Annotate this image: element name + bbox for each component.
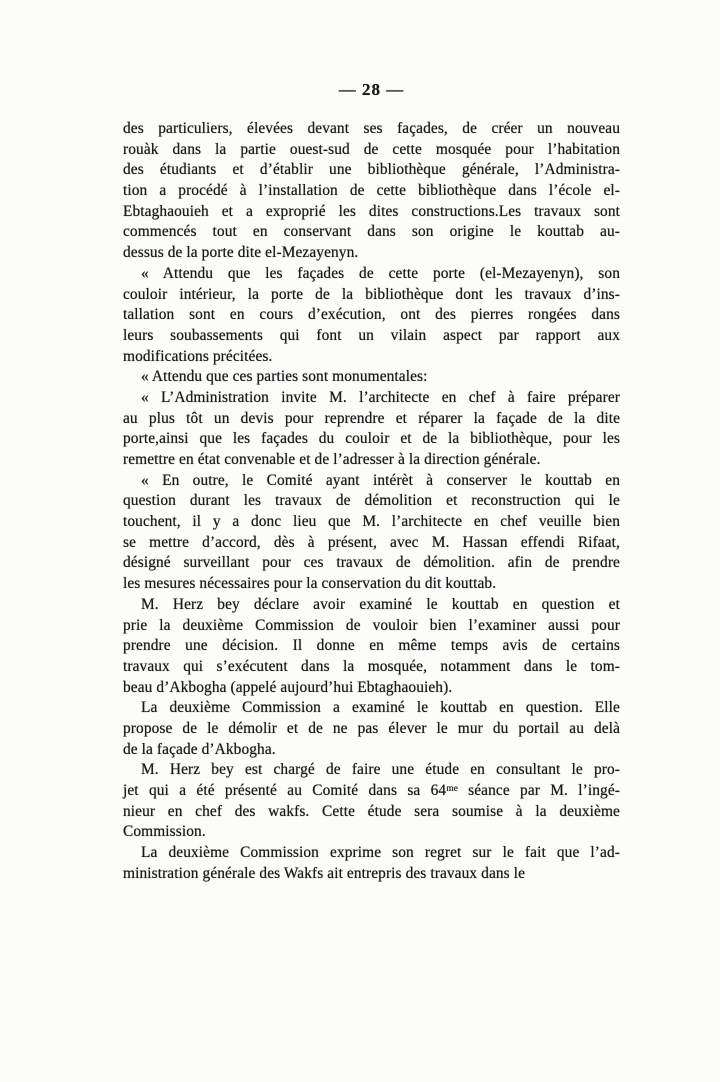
text-line: question durant les travaux de démolitio… (123, 491, 620, 512)
text-line: propose de le démolir et de ne pas éleve… (123, 719, 620, 740)
text-line: des étudiants et d’établir une bibliothè… (123, 160, 620, 181)
text-line: se mettre d’accord, dès à présent, avec … (123, 533, 620, 554)
text-line: commencés tout en conservant dans son or… (123, 222, 620, 243)
paragraph: « Attendu que les façades de cette porte… (123, 264, 620, 367)
paragraph: « En outre, le Comité ayant intérèt à co… (123, 471, 620, 595)
page-text: des particuliers, élevées devant ses faç… (123, 119, 620, 884)
text-line: modifications précitées. (123, 347, 620, 368)
text-line: remettre en état convenable et de l’adre… (123, 450, 620, 471)
text-line: au plus tôt un devis pour reprendre et r… (123, 409, 620, 430)
text-line: rouàk dans la partie ouest-sud de cette … (123, 140, 620, 161)
text-line: tion a procédé à l’installation de cette… (123, 181, 620, 202)
text-line: prie la deuxième Commission de vouloir b… (123, 616, 620, 637)
text-line: prendre une décision. Il donne en même t… (123, 636, 620, 657)
text-line: « En outre, le Comité ayant intérèt à co… (123, 471, 620, 492)
text-line: porte,ainsi que les façades du couloir e… (123, 429, 620, 450)
text-line: leurs soubassements qui font un vilain a… (123, 326, 620, 347)
paragraph: M. Herz bey déclare avoir examiné le kou… (123, 595, 620, 698)
text-line: tallation sont en cours d’exécution, ont… (123, 305, 620, 326)
text-line: La deuxième Commission a examiné le kout… (123, 698, 620, 719)
text-line: ministration générale des Wakfs ait entr… (123, 864, 620, 885)
paragraph: M. Herz bey est chargé de faire une étud… (123, 760, 620, 843)
text-line: « Attendu que ces parties sont monumenta… (123, 367, 620, 388)
paragraph: « Attendu que ces parties sont monumenta… (123, 367, 620, 388)
text-line: nieur en chef des wakfs. Cette étude ser… (123, 802, 620, 823)
text-line: Commission. (123, 822, 620, 843)
text-line: jet qui a été présenté au Comité dans sa… (123, 781, 620, 802)
paragraph: La deuxième Commission exprime son regre… (123, 843, 620, 884)
text-line: dessus de la porte dite el-Mezayenyn. (123, 243, 620, 264)
text-line: « L’Administration invite M. l’architect… (123, 388, 620, 409)
text-line: beau d’Akbogha (appelé aujourd’hui Ebtag… (123, 678, 620, 699)
text-line: les mesures nécessaires pour la conserva… (123, 574, 620, 595)
text-line: de la façade d’Akbogha. (123, 740, 620, 761)
text-line: M. Herz bey est chargé de faire une étud… (123, 760, 620, 781)
paragraph: « L’Administration invite M. l’architect… (123, 388, 620, 471)
paragraph: des particuliers, élevées devant ses faç… (123, 119, 620, 264)
text-line: La deuxième Commission exprime son regre… (123, 843, 620, 864)
text-line: Ebtaghaouieh et a exproprié les dites co… (123, 202, 620, 223)
page-number: — 28 — (123, 80, 620, 100)
text-line: touchent, il y a donc lieu que M. l’arch… (123, 512, 620, 533)
text-line: désigné surveillant pour ces travaux de … (123, 553, 620, 574)
text-line: « Attendu que les façades de cette porte… (123, 264, 620, 285)
text-line: travaux qui s’exécutent dans la mosquée,… (123, 657, 620, 678)
scanned-page: — 28 — des particuliers, élevées devant … (0, 0, 720, 1082)
text-line: M. Herz bey déclare avoir examiné le kou… (123, 595, 620, 616)
text-line: couloir intérieur, la porte de la biblio… (123, 285, 620, 306)
text-line: des particuliers, élevées devant ses faç… (123, 119, 620, 140)
paragraph: La deuxième Commission a examiné le kout… (123, 698, 620, 760)
